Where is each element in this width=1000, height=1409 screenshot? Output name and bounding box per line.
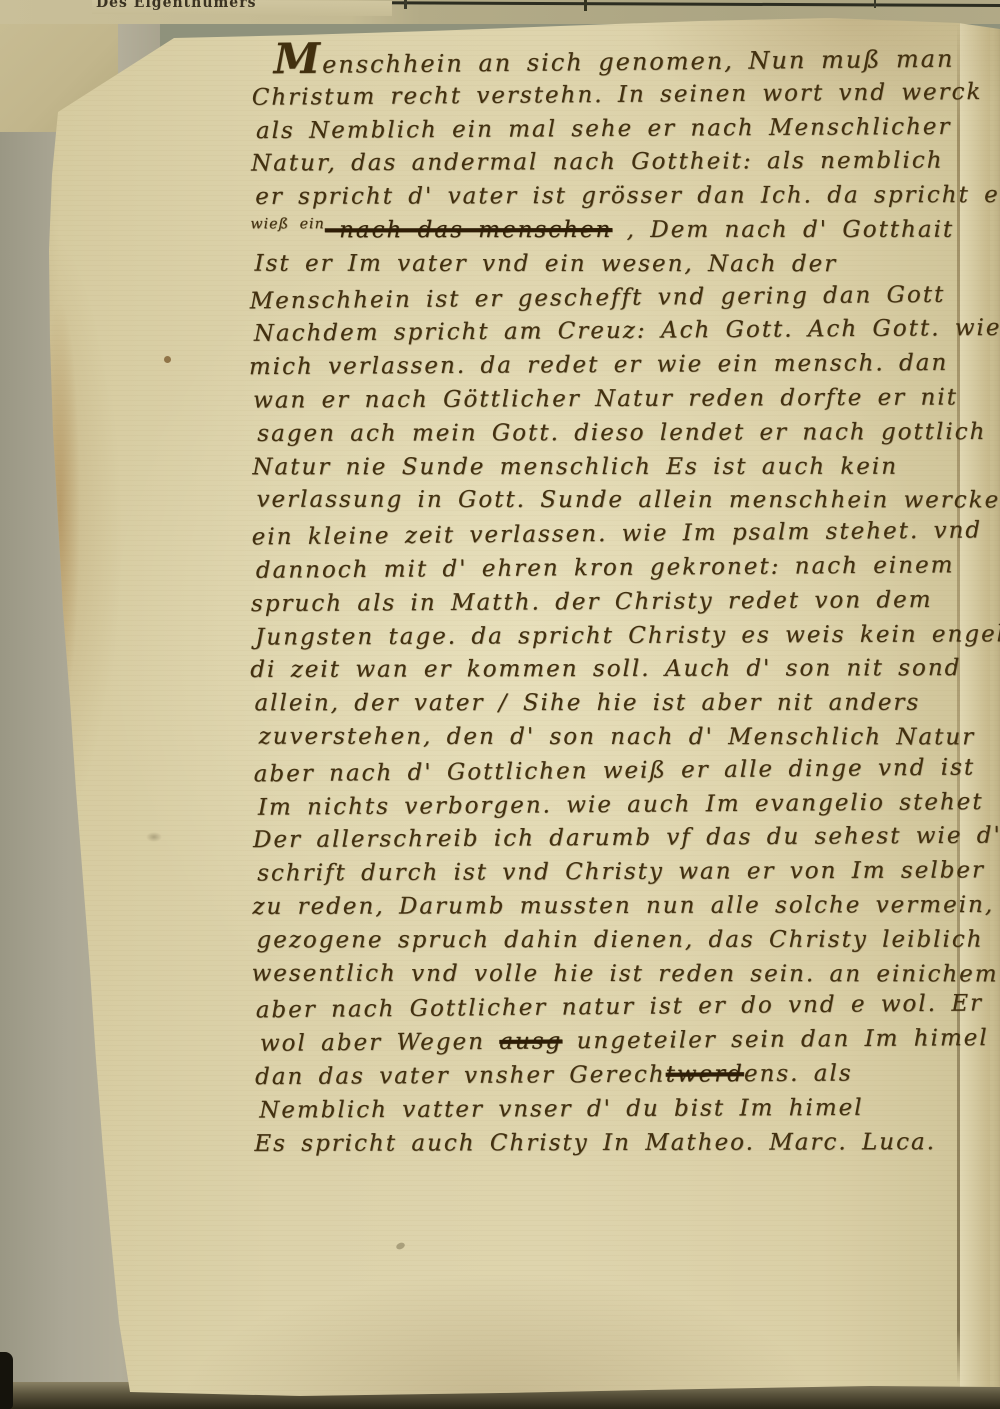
manuscript-line: gezogene spruch dahin dienen, das Christ… xyxy=(256,926,961,960)
manuscript-line: Menschhein an sich genomen, Nun muß man xyxy=(273,45,957,85)
manuscript-line: Es spricht auch Christy In Matheo. Marc.… xyxy=(254,1129,962,1165)
handwriting-segment: Natur nie Sunde menschlich Es ist auch k… xyxy=(252,453,898,480)
handwriting-segment: zuverstehen, den d' son nach d' Menschli… xyxy=(259,724,976,751)
struck-text: twerd xyxy=(666,1061,744,1087)
manuscript-line: aber nach d' Gottlichen weiß er alle din… xyxy=(254,754,961,795)
manuscript-line: Im nichts verborgen. wie auch Im evangel… xyxy=(258,789,961,828)
manuscript-line: wol aber Wegen ausg ungeteiler sein dan … xyxy=(260,1025,962,1064)
handwriting-segment: Christum recht verstehn. In seinen wort … xyxy=(252,79,983,111)
manuscript-line: Christum recht verstehn. In seinen wort … xyxy=(252,79,958,118)
manuscript-line: als Nemblich ein mal sehe er nach Mensch… xyxy=(256,113,958,151)
page-fore-edge xyxy=(960,20,990,1390)
handwriting-segment: di zeit wan er kommen soll. Auch d' son … xyxy=(250,655,961,683)
manuscript-page: Menschhein an sich genomen, Nun muß manC… xyxy=(0,0,1000,1409)
manuscript-line: dan das vater vnsher Gerechtwerdens. als xyxy=(255,1060,962,1098)
handwriting-segment: Der allerschreib ich darumb vf das du se… xyxy=(253,823,1000,854)
manuscript-line: wieß ein nach das menschen , Dem nach d'… xyxy=(250,217,958,251)
handwriting-segment: , Dem nach d' Gotthait xyxy=(612,217,954,243)
handwriting-segment: als Nemblich ein mal sehe er nach Mensch… xyxy=(256,113,952,143)
manuscript-line: Nachdem spricht am Creuz: Ach Gott. Ach … xyxy=(254,316,959,355)
handwriting-segment: er spricht d' vater ist grösser dan Ich.… xyxy=(255,182,1000,210)
manuscript-line: spruch als in Matth. der Christy redet v… xyxy=(251,587,960,625)
handwriting-segment: Ist er Im vater vnd ein wesen, Nach der xyxy=(255,250,838,277)
handwriting-segment: aber nach d' Gottlichen weiß er alle din… xyxy=(254,754,976,787)
printed-header-text: Des Eigenthümers xyxy=(96,0,346,11)
handwriting-segment: spruch als in Matth. der Christy redet v… xyxy=(251,587,933,617)
printed-table-rule-vertical xyxy=(584,0,587,11)
handwriting-segment: Jungsten tage. da spricht Christy es wei… xyxy=(255,621,1000,650)
manuscript-line: wan er nach Göttlicher Natur reden dorft… xyxy=(253,384,959,421)
manuscript-line: allein, der vater / Sihe hie ist aber ni… xyxy=(254,690,960,724)
manuscript-line: schrift durch ist vnd Christy wan er von… xyxy=(257,858,961,895)
manuscript-line: Der allerschreib ich darumb vf das du se… xyxy=(253,823,961,861)
handwriting-segment: Es spricht auch Christy In Matheo. Marc.… xyxy=(254,1129,936,1157)
handwriting-segment: verlassung in Gott. Sunde allein menschh… xyxy=(257,487,1000,514)
printed-table-rule-vertical xyxy=(874,0,876,8)
handwriting-segment: dannoch mit d' ehren kron gekronet: nach… xyxy=(256,552,955,583)
handwriting-segment: gezogene spruch dahin dienen, das Christ… xyxy=(256,926,983,953)
handwriting-segment: allein, der vater / Sihe hie ist aber ni… xyxy=(254,690,920,717)
handwriting-segment: sagen ach mein Gott. dieso lendet er nac… xyxy=(257,419,986,447)
handwriting-segment: Natur, das andermal nach Gottheit: als n… xyxy=(251,148,944,177)
printed-table-rule-vertical xyxy=(404,0,407,9)
handwritten-text-block: Menschhein an sich genomen, Nun muß manC… xyxy=(248,46,963,1164)
handwriting-segment: wan er nach Göttlicher Natur reden dorft… xyxy=(253,384,958,413)
manuscript-line: zu reden, Darumb mussten nun alle solche… xyxy=(252,892,961,928)
handwriting-segment: wol aber Wegen xyxy=(260,1029,500,1057)
manuscript-line: Ist er Im vater vnd ein wesen, Nach der xyxy=(255,250,959,284)
manuscript-line: Nemblich vatter vnser d' du bist Im hime… xyxy=(259,1094,962,1131)
manuscript-line: Natur, das andermal nach Gottheit: als n… xyxy=(251,148,958,185)
handwriting-segment: dan das vater vnsher Gerech xyxy=(255,1062,666,1091)
manuscript-line: di zeit wan er kommen soll. Auch d' son … xyxy=(250,655,960,691)
handwriting-segment: Nemblich vatter vnser d' du bist Im hime… xyxy=(259,1095,864,1124)
ink-fleck xyxy=(164,356,171,363)
manuscript-line: er spricht d' vater ist grösser dan Ich.… xyxy=(255,182,958,218)
handwriting-segment: mich verlassen. da redet er wie ein mens… xyxy=(249,350,948,380)
manuscript-line: dannoch mit d' ehren kron gekronet: nach… xyxy=(256,552,960,591)
manuscript-line: verlassung in Gott. Sunde allein menschh… xyxy=(257,487,960,521)
struck-text: nach das menschen xyxy=(325,217,613,243)
handwriting-segment: wesentlich vnd volle hie ist reden sein.… xyxy=(252,960,1000,987)
manuscript-line: Natur nie Sunde menschlich Es ist auch k… xyxy=(252,453,959,487)
handwriting-segment: ein kleine zeit verlassen. wie Im psalm … xyxy=(252,518,983,551)
manuscript-line: wesentlich vnd volle hie ist reden sein.… xyxy=(252,960,962,994)
handwriting-segment: zu reden, Darumb mussten nun alle solche… xyxy=(252,892,994,920)
handwriting-segment: wieß ein xyxy=(250,217,324,233)
handwriting-segment: Nachdem spricht am Creuz: Ach Gott. Ach … xyxy=(254,315,1000,348)
smudge xyxy=(146,832,162,842)
handwriting-segment: aber nach Gottlicher natur ist er do vnd… xyxy=(256,991,984,1024)
handwriting-segment: ens. als xyxy=(744,1060,853,1087)
handwriting-segment: Menschhein an sich genomen, Nun muß man xyxy=(273,45,954,80)
handwriting-segment: Im nichts verborgen. wie auch Im evangel… xyxy=(258,789,984,821)
manuscript-line: sagen ach mein Gott. dieso lendet er nac… xyxy=(257,419,959,455)
bottom-left-dark-mark xyxy=(0,1352,13,1409)
manuscript-line: mich verlassen. da redet er wie ein mens… xyxy=(249,350,959,388)
manuscript-line: zuverstehen, den d' son nach d' Menschli… xyxy=(259,724,961,758)
manuscript-line: Jungsten tage. da spricht Christy es wei… xyxy=(255,621,960,658)
handwriting-segment: ungeteiler sein dan Im himel xyxy=(562,1025,989,1054)
handwriting-segment: schrift durch ist vnd Christy wan er von… xyxy=(257,857,985,886)
manuscript-scan: Des Eigenthümers Menschhein an sich geno… xyxy=(0,0,1000,1409)
struck-text: ausg xyxy=(499,1028,562,1054)
handwriting-segment: Menschhein ist er geschefft vnd gering d… xyxy=(250,281,946,314)
